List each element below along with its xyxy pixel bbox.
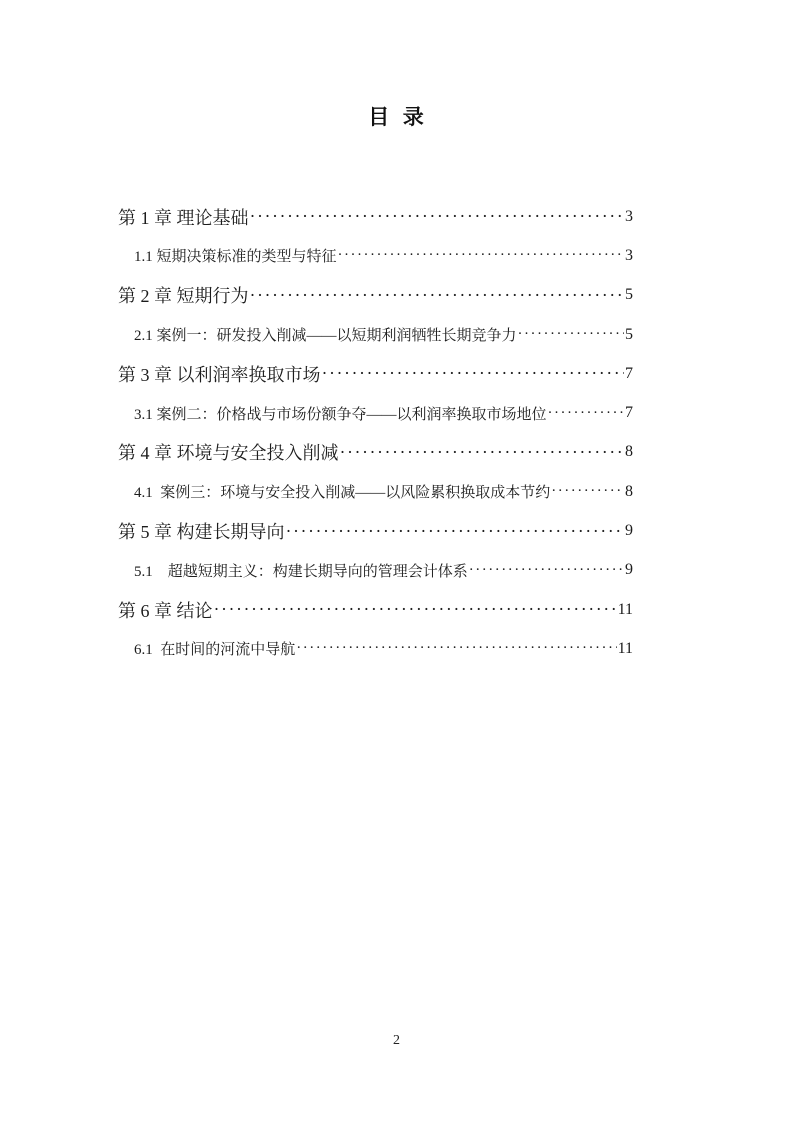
page-number: 2 (393, 1033, 400, 1048)
toc-entry-page: 8 (625, 483, 633, 501)
toc-entry-label: 第 3 章 以利润率换取市场 (118, 361, 321, 387)
toc-entry-section-6-1[interactable]: 6.1 在时间的河流中导航 ··························… (118, 629, 633, 668)
toc-entry-page: 7 (625, 365, 633, 383)
document-page: 目 录 第 1 章 理论基础 ·························… (0, 0, 793, 1122)
toc-entry-page: 7 (625, 404, 633, 422)
toc-entry-page: 11 (618, 640, 633, 658)
toc-entry-label: 第 6 章 结论 (118, 597, 213, 623)
dot-leader: ········································… (551, 483, 624, 500)
toc-entry-label: 3.1 案例二：价格战与市场份额争夺——以利润率换取市场地位 (134, 403, 547, 424)
dot-leader: ········································… (250, 206, 625, 227)
toc-entry-label: 5.1 超越短期主义：构建长期导向的管理会计体系 (134, 560, 468, 581)
toc-entry-page: 5 (625, 326, 633, 344)
dot-leader: ········································… (469, 562, 624, 579)
toc-entry-section-3-1[interactable]: 3.1 案例二：价格战与市场份额争夺——以利润率换取市场地位 ·········… (118, 393, 633, 432)
toc-entry-page: 8 (625, 443, 633, 461)
toc-entry-page: 3 (625, 208, 633, 226)
toc-entry-page: 9 (625, 522, 633, 540)
dot-leader: ········································… (214, 599, 617, 620)
toc-entry-label: 1.1 短期决策标准的类型与特征 (134, 245, 337, 266)
dot-leader: ········································… (548, 405, 624, 422)
dot-leader: ········································… (518, 326, 624, 343)
toc-entry-label: 第 1 章 理论基础 (118, 204, 249, 230)
toc-entry-label: 6.1 在时间的河流中导航 (134, 638, 295, 659)
toc-entry-page: 9 (625, 561, 633, 579)
toc-entry-page: 3 (625, 247, 633, 265)
toc-entry-label: 第 4 章 环境与安全投入削减 (118, 439, 339, 465)
toc-entry-label: 2.1 案例一：研发投入削减——以短期利润牺牲长期竞争力 (134, 324, 517, 345)
toc-entry-label: 4.1 案例三：环境与安全投入削减——以风险累积换取成本节约 (134, 481, 550, 502)
toc-entry-chapter-6[interactable]: 第 6 章 结论 ·······························… (118, 590, 633, 629)
toc-entry-chapter-1[interactable]: 第 1 章 理论基础 ·····························… (118, 197, 633, 236)
dot-leader: ········································… (296, 640, 616, 657)
dot-leader: ········································… (250, 285, 625, 306)
page-footer: 2 (0, 1033, 793, 1049)
dot-leader: ········································… (322, 363, 625, 384)
toc-entry-chapter-2[interactable]: 第 2 章 短期行为 ·····························… (118, 276, 633, 315)
toc-entry-section-5-1[interactable]: 5.1 超越短期主义：构建长期导向的管理会计体系 ···············… (118, 551, 633, 590)
toc-entry-page: 11 (618, 601, 633, 619)
toc-title: 目 录 (0, 101, 793, 131)
toc-entry-chapter-4[interactable]: 第 4 章 环境与安全投入削减 ························… (118, 433, 633, 472)
toc-entry-label: 第 2 章 短期行为 (118, 282, 249, 308)
dot-leader: ········································… (338, 247, 624, 264)
dot-leader: ········································… (286, 521, 625, 542)
toc-entry-section-4-1[interactable]: 4.1 案例三：环境与安全投入削减——以风险累积换取成本节约 ·········… (118, 472, 633, 511)
toc-entry-section-2-1[interactable]: 2.1 案例一：研发投入削减——以短期利润牺牲长期竞争力 ···········… (118, 315, 633, 354)
toc-list: 第 1 章 理论基础 ·····························… (118, 197, 633, 669)
toc-entry-chapter-3[interactable]: 第 3 章 以利润率换取市场 ·························… (118, 354, 633, 393)
toc-entry-page: 5 (625, 286, 633, 304)
toc-entry-section-1-1[interactable]: 1.1 短期决策标准的类型与特征 ·······················… (118, 236, 633, 275)
toc-entry-chapter-5[interactable]: 第 5 章 构建长期导向 ···························… (118, 511, 633, 550)
dot-leader: ········································… (340, 442, 625, 463)
toc-entry-label: 第 5 章 构建长期导向 (118, 518, 285, 544)
